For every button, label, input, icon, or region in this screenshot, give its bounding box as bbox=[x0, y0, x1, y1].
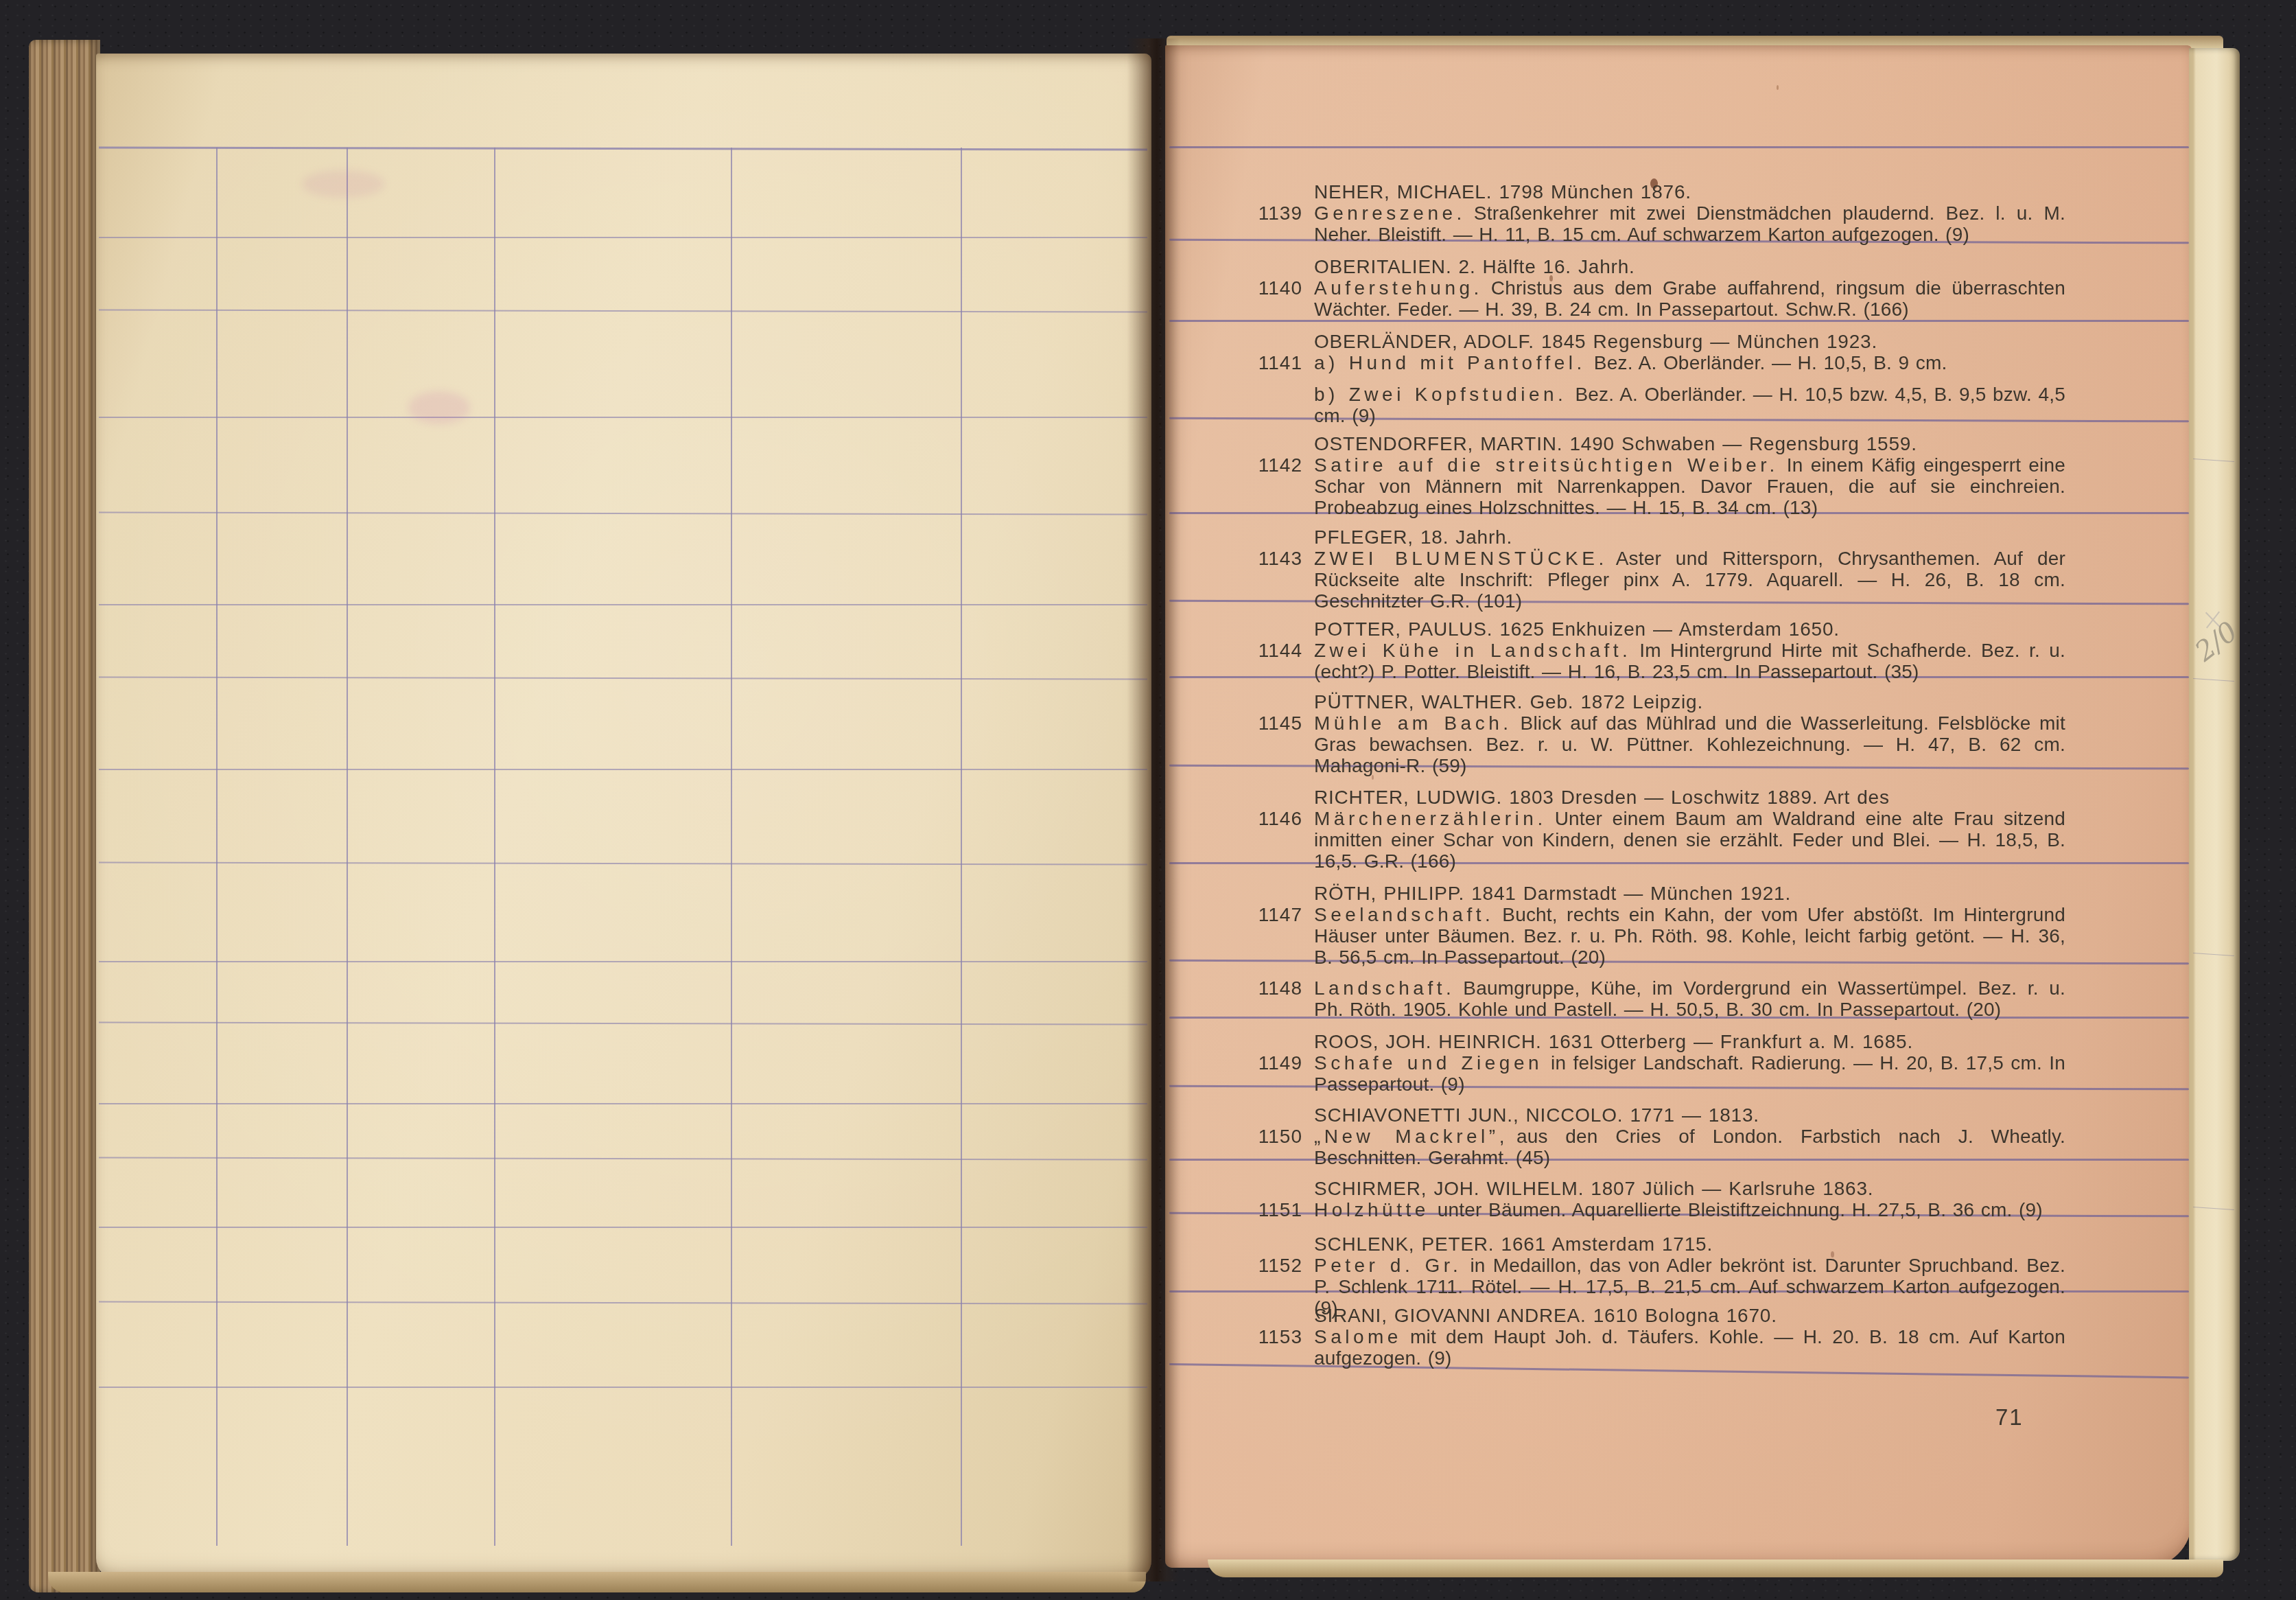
book-spread: NEHER, MICHAEL. 1798 München 1876. 1139 … bbox=[0, 0, 2296, 1600]
margin-annotations-layer bbox=[0, 0, 2296, 1600]
page-number: 71 bbox=[1995, 1404, 2050, 1430]
